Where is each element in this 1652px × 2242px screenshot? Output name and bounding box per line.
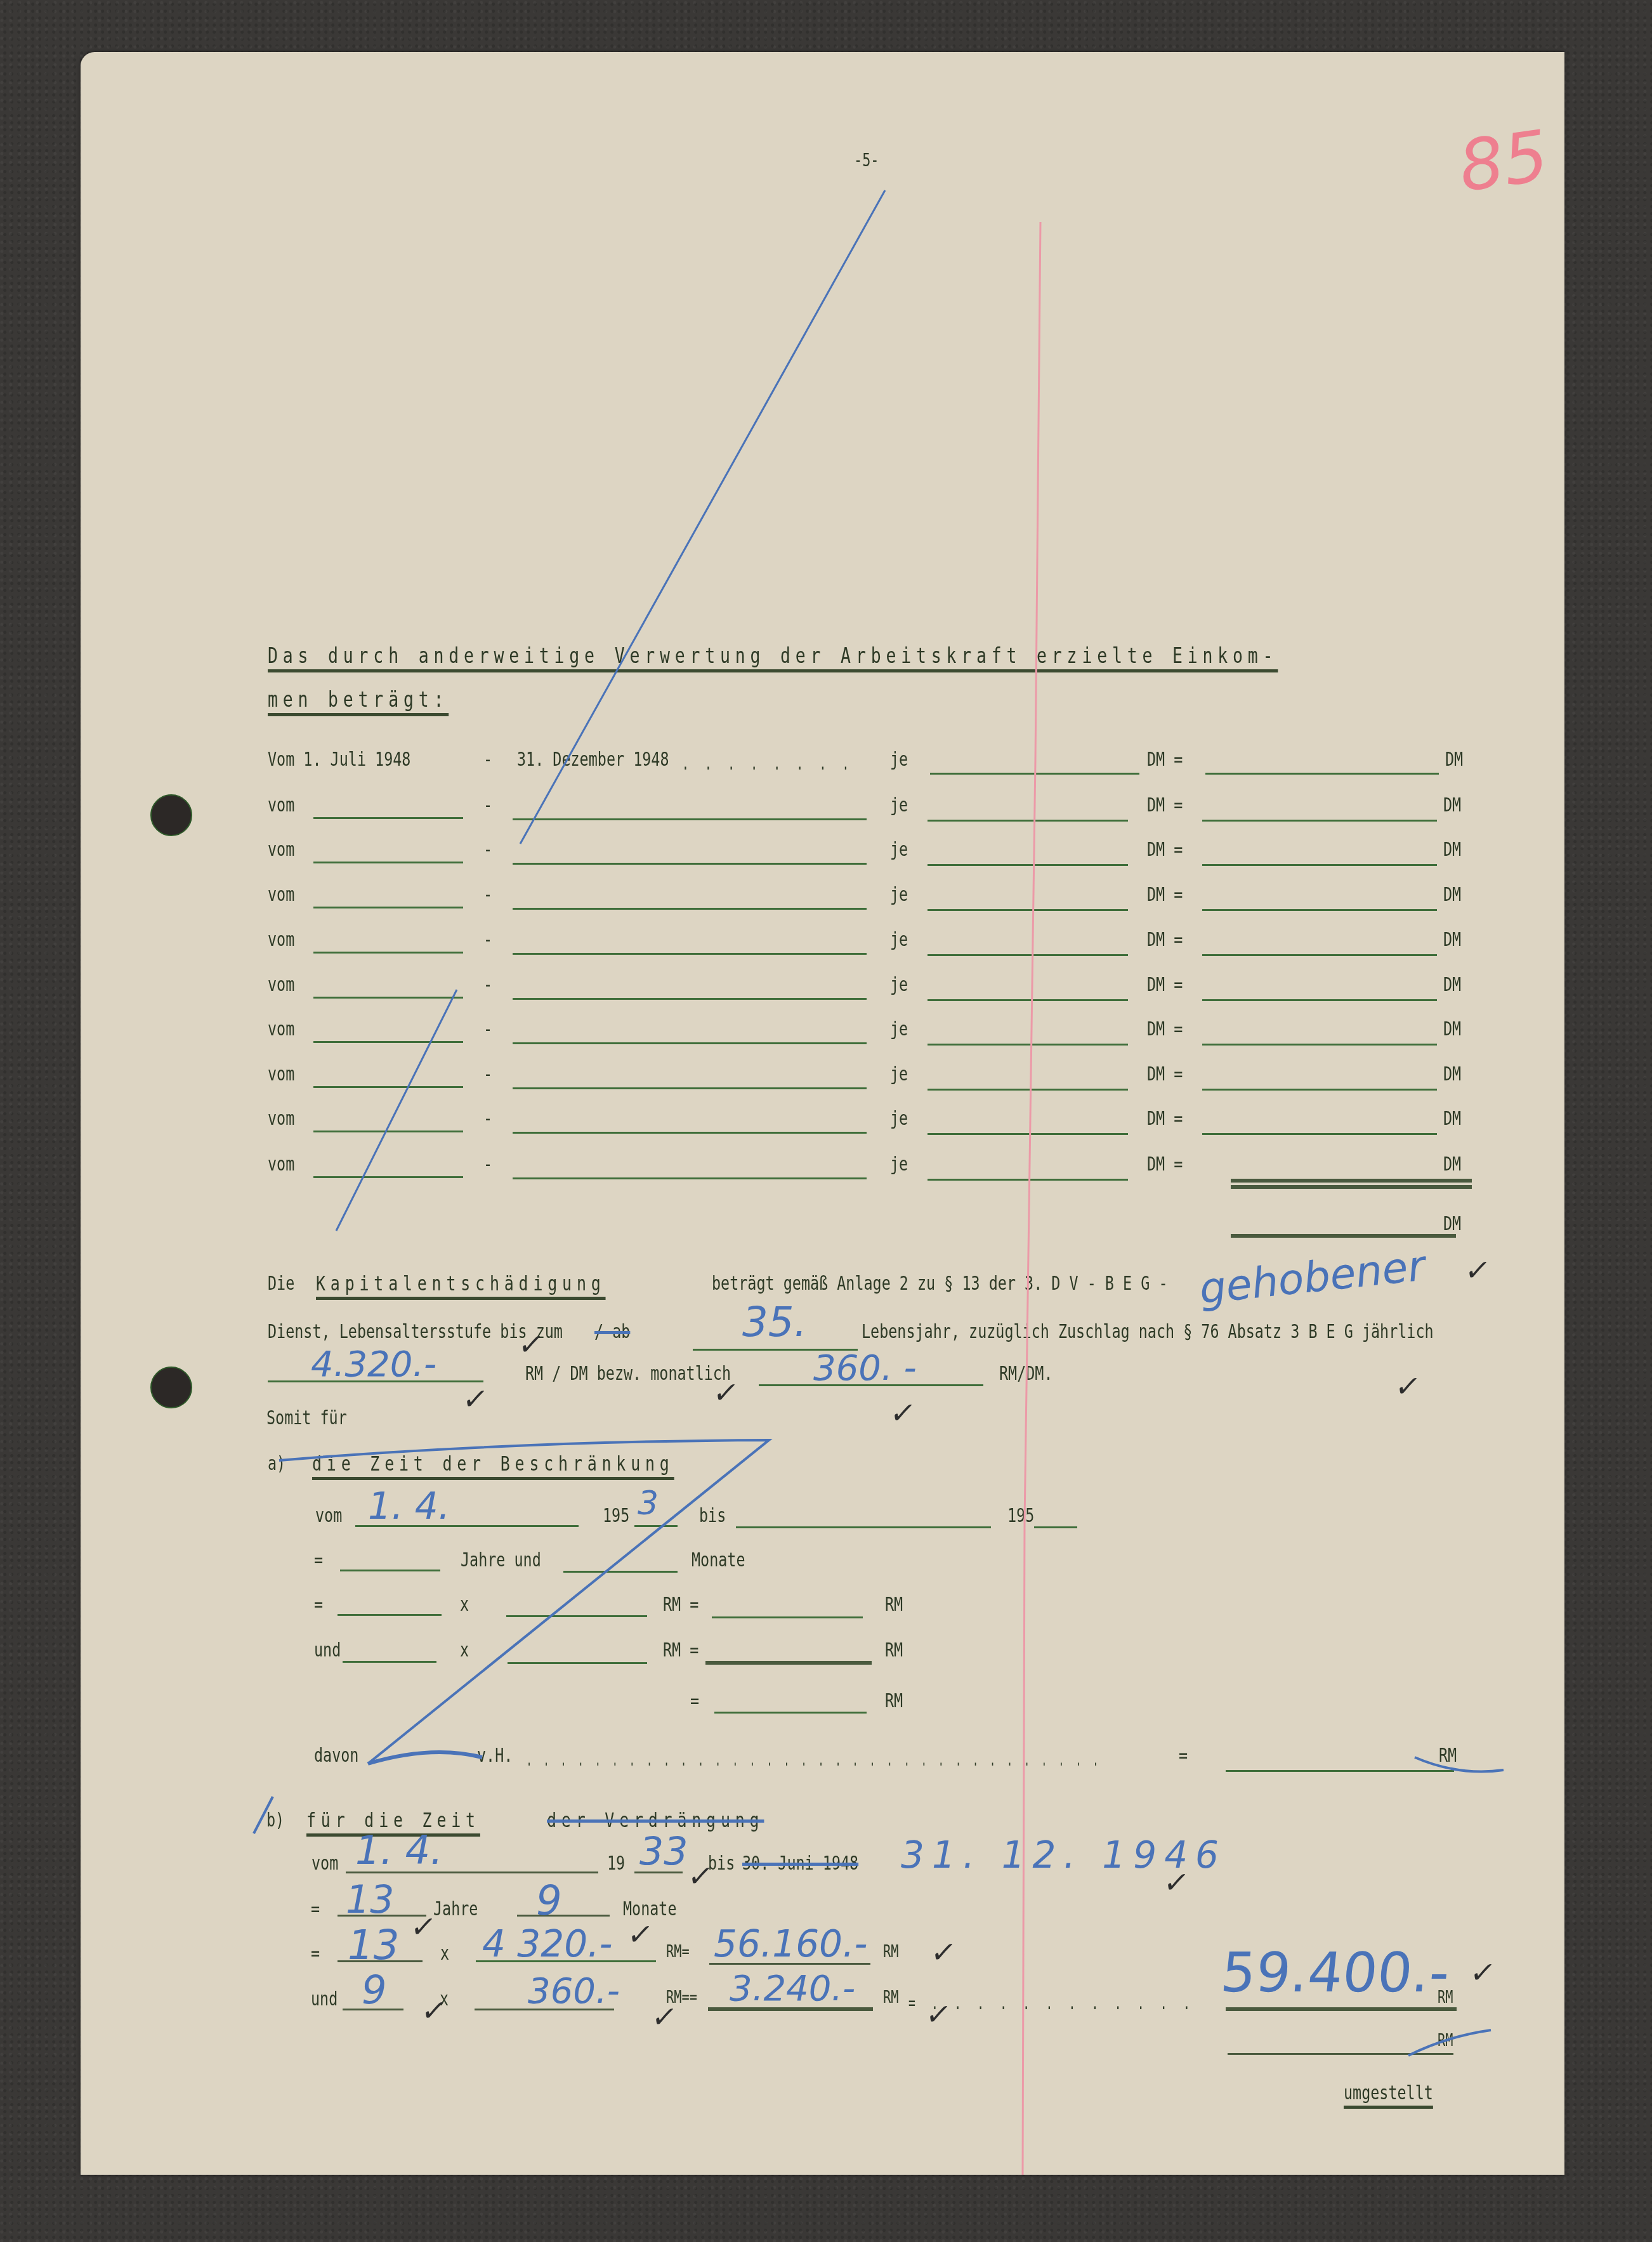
b-year-prefix: 19 xyxy=(607,1852,625,1875)
to-date-field[interactable] xyxy=(513,1087,867,1089)
amount-field[interactable] xyxy=(1202,909,1437,911)
je-label: je xyxy=(890,1063,908,1085)
dm-eq-label: DM = xyxy=(1147,1108,1183,1130)
b-bis-struck: 30. Juni 1948 xyxy=(742,1852,858,1875)
a-to-field[interactable] xyxy=(736,1526,991,1528)
je-label: je xyxy=(890,1018,908,1040)
from-date-field[interactable] xyxy=(313,1086,463,1088)
period-to: 31. Dezember 1948 xyxy=(517,749,669,771)
rate-field[interactable] xyxy=(928,954,1128,956)
vom-label: vom xyxy=(268,1018,294,1040)
dm-eq-label: DM = xyxy=(1147,794,1183,816)
dm-eq-label: DM = xyxy=(1147,1063,1183,1085)
a-vh: v.H. xyxy=(477,1745,513,1767)
from-date-field[interactable] xyxy=(313,1176,463,1178)
supplement-text: Lebensjahr, zuzüglich Zuschlag nach § 76… xyxy=(862,1321,1434,1343)
b-handwritten-months: 9 xyxy=(536,1878,562,1925)
rate-field[interactable] xyxy=(930,773,1139,775)
amount-field[interactable] xyxy=(1202,820,1437,822)
a-year-prefix2: 195 xyxy=(1007,1505,1034,1527)
vom-label: vom xyxy=(268,1108,294,1130)
je-label: je xyxy=(890,884,908,906)
b-total-field[interactable] xyxy=(1226,2007,1457,2011)
amount-field[interactable] xyxy=(1202,999,1437,1001)
dash-label: - xyxy=(483,839,492,861)
je-label: je xyxy=(890,794,908,816)
dm-eq-label: DM = xyxy=(1147,974,1183,996)
a-year-field[interactable] xyxy=(634,1525,678,1527)
annual-unit: RM / DM bezw. monatlich xyxy=(525,1363,731,1385)
a-calc2-rm-eq: RM = xyxy=(663,1639,698,1662)
rate-field[interactable] xyxy=(928,999,1128,1001)
to-date-field[interactable] xyxy=(513,1177,867,1179)
b-calc1-result: 56.160.- xyxy=(714,1922,867,1965)
period-dash: - xyxy=(483,749,492,771)
b-rm2: RM xyxy=(1438,2031,1453,2050)
vom-label: vom xyxy=(268,884,294,906)
period-from: Vom 1. Juli 1948 xyxy=(268,749,410,771)
je-label: je xyxy=(890,749,908,771)
b-calc1-x: x xyxy=(440,1943,449,1965)
a-final-field[interactable] xyxy=(1226,1770,1454,1772)
dash-label: - xyxy=(483,929,492,951)
from-date-field[interactable] xyxy=(313,997,463,999)
a-calc1-x: x xyxy=(460,1594,469,1616)
income-heading-line2: men beträgt: xyxy=(268,687,449,712)
dm-eq-label: DM = xyxy=(1147,1153,1183,1176)
struck-ab: / ab xyxy=(594,1321,630,1343)
dm-eq-label: DM = xyxy=(1147,749,1183,771)
vom-label: vom xyxy=(268,1063,294,1085)
dash-label: - xyxy=(483,1018,492,1040)
b-calc1-factor: 13 xyxy=(348,1922,399,1969)
section-b-label: b) xyxy=(266,1809,284,1832)
to-date-field[interactable] xyxy=(513,908,867,910)
rate-field[interactable] xyxy=(928,909,1128,911)
capital-keyword: Kapitalentschädigung xyxy=(316,1271,606,1295)
income-total-dm: DM xyxy=(1443,1213,1461,1235)
dm-eq-label: DM = xyxy=(1147,884,1183,906)
a-calc1-rm: RM xyxy=(885,1594,903,1616)
dm-label: DM xyxy=(1443,1018,1461,1040)
leader-dots: . . . . . . . . xyxy=(682,752,854,775)
amount-field[interactable] xyxy=(1202,1044,1437,1046)
archive-number-mark: 85 xyxy=(1454,115,1553,207)
je-label: je xyxy=(890,1108,908,1130)
handwritten-annual: 4.320.- xyxy=(311,1344,436,1385)
a-calc1-eq: = xyxy=(314,1594,323,1616)
rate-field[interactable] xyxy=(928,1089,1128,1091)
rate-field[interactable] xyxy=(928,1179,1128,1181)
b-calc2-rm: RM xyxy=(883,1988,898,2007)
je-label: je xyxy=(890,839,908,861)
dm-label: DM xyxy=(1443,1108,1461,1130)
dash-label: - xyxy=(483,794,492,816)
dm-label: DM xyxy=(1443,1063,1461,1085)
a-calc1-factor[interactable] xyxy=(338,1614,442,1616)
a-calc2-result[interactable] xyxy=(705,1661,872,1665)
a-year-prefix: 195 xyxy=(603,1505,629,1527)
vom-label: vom xyxy=(268,974,294,996)
a-percent-field[interactable] xyxy=(365,1765,441,1767)
b-total-rm: RM xyxy=(1438,1988,1453,2007)
a-calc2-rate[interactable] xyxy=(508,1662,647,1664)
to-date-field[interactable] xyxy=(513,953,867,955)
rate-field[interactable] xyxy=(928,1133,1128,1135)
a-months-field[interactable] xyxy=(563,1571,678,1573)
a-final-eq: = xyxy=(1179,1745,1188,1767)
to-date-field[interactable] xyxy=(513,863,867,865)
from-date-field[interactable] xyxy=(313,862,463,863)
b-calc2-rate: 360.- xyxy=(528,1970,620,2012)
amount-field[interactable] xyxy=(1205,773,1439,775)
amount-field[interactable] xyxy=(1202,954,1437,956)
to-date-field[interactable] xyxy=(513,998,867,1000)
age-step-label: Dienst, Lebensaltersstufe bis zum xyxy=(268,1321,563,1343)
a-years-field[interactable] xyxy=(340,1570,440,1571)
a-calc1-result[interactable] xyxy=(712,1616,863,1618)
from-date-field[interactable] xyxy=(313,1131,463,1132)
a-eq: = xyxy=(314,1549,323,1571)
amount-field[interactable] xyxy=(1202,1089,1437,1091)
page-number: -5- xyxy=(854,150,879,171)
vom-label: vom xyxy=(268,839,294,861)
to-date-field[interactable] xyxy=(513,1132,867,1134)
b-months-field[interactable] xyxy=(517,1915,610,1917)
b-eq: = xyxy=(311,1898,320,1920)
capital-prefix: Die xyxy=(268,1273,294,1295)
handwritten-age: 35. xyxy=(742,1299,807,1346)
a-sum-rm: RM xyxy=(885,1690,903,1712)
dash-label: - xyxy=(483,1108,492,1130)
section-a-title: die Zeit der Beschränkung xyxy=(312,1452,674,1476)
a-sum-eq: = xyxy=(690,1690,699,1712)
je-label: je xyxy=(890,1153,908,1176)
vom-label: vom xyxy=(268,1153,294,1176)
a-leader-dots: . . . . . . . . . . . . . . . . . . . . … xyxy=(527,1748,1101,1771)
from-date-field[interactable] xyxy=(313,907,463,908)
a-davon: davon xyxy=(314,1745,358,1767)
punch-hole-bottom xyxy=(150,1367,192,1408)
dm-label: DM xyxy=(1443,974,1461,996)
dash-label: - xyxy=(483,1063,492,1085)
b-calc2-result: 3.240.- xyxy=(730,1968,855,2009)
umgestellt-label: umgestellt xyxy=(1344,2082,1433,2104)
b-vom: vom xyxy=(311,1852,338,1875)
dm-eq-label: DM = xyxy=(1147,929,1183,951)
je-label: je xyxy=(890,974,908,996)
je-label: je xyxy=(890,929,908,951)
dm-label: DM xyxy=(1443,884,1461,906)
a-jahre-und: Jahre und xyxy=(461,1549,541,1571)
dm-eq-label: DM = xyxy=(1147,839,1183,861)
dm-label: DM xyxy=(1443,839,1461,861)
section-b-title-struck: der Verdrängung xyxy=(547,1808,764,1832)
a-year2-field[interactable] xyxy=(1034,1526,1077,1528)
b-handwritten-from: 1. 4. xyxy=(355,1827,443,1873)
capital-rule: beträgt gemäß Anlage 2 zu § 13 der 3. D … xyxy=(712,1273,1167,1295)
b-calc1-rm-eq: RM= xyxy=(666,1943,690,1962)
a-sum-field[interactable] xyxy=(714,1712,867,1714)
rate-field[interactable] xyxy=(928,820,1128,822)
dm-eq-label: DM = xyxy=(1147,1018,1183,1040)
a-calc2-rm: RM xyxy=(885,1639,903,1662)
punch-hole-top xyxy=(150,794,192,836)
rate-field[interactable] xyxy=(928,864,1128,866)
income-total-underline xyxy=(1231,1185,1472,1189)
a-calc1-rate[interactable] xyxy=(506,1615,647,1617)
amount-field[interactable] xyxy=(1202,864,1437,866)
to-date-field[interactable] xyxy=(513,818,867,820)
a-calc2-x: x xyxy=(460,1639,469,1662)
b-calc1-eq: = xyxy=(311,1943,320,1965)
section-a-label: a) xyxy=(268,1453,285,1475)
b-calc1-rm: RM xyxy=(883,1943,898,1962)
dash-label: - xyxy=(483,1153,492,1176)
vom-label: vom xyxy=(268,929,294,951)
a-handwritten-from: 1. 4. xyxy=(368,1485,450,1528)
income-heading-line1: Das durch anderweitige Verwertung der Ar… xyxy=(268,643,1278,669)
a-final-rm: RM xyxy=(1439,1745,1457,1767)
dash-label: - xyxy=(483,974,492,996)
b-calc2-und: und xyxy=(311,1988,338,2010)
a-calc1-rm-eq: RM = xyxy=(663,1594,698,1616)
a-vom: vom xyxy=(315,1505,342,1527)
b-rm2-field[interactable] xyxy=(1228,2053,1453,2055)
rate-field[interactable] xyxy=(928,1044,1128,1046)
b-calc2-factor: 9 xyxy=(362,1967,386,2013)
amount-field[interactable] xyxy=(1202,1133,1437,1135)
dm-label: DM xyxy=(1443,929,1461,951)
b-handwritten-total: 59.400.- xyxy=(1218,1941,1453,2005)
from-date-field[interactable] xyxy=(313,952,463,954)
from-date-field[interactable] xyxy=(313,817,463,819)
dm-label: DM xyxy=(1445,749,1463,771)
vom-label: vom xyxy=(268,794,294,816)
b-handwritten-year: 33 xyxy=(639,1830,688,1874)
handwritten-monthly: 360. - xyxy=(813,1347,917,1389)
from-date-field[interactable] xyxy=(313,1041,463,1043)
a-monate: Monate xyxy=(692,1549,745,1571)
a-handwritten-year: 3 xyxy=(638,1485,659,1523)
a-calc2-factor[interactable] xyxy=(343,1661,436,1663)
b-calc1-rate: 4 320.- xyxy=(482,1922,612,1965)
amount-field[interactable] xyxy=(1231,1179,1472,1183)
b-handwritten-years: 13 xyxy=(346,1878,394,1922)
income-total-field[interactable] xyxy=(1231,1234,1456,1238)
to-date-field[interactable] xyxy=(513,1042,867,1044)
dm-label: DM xyxy=(1443,794,1461,816)
monthly-unit: RM/DM. xyxy=(999,1363,1053,1385)
dash-label: - xyxy=(483,884,492,906)
a-bis: bis xyxy=(699,1505,726,1527)
a-calc2-und: und xyxy=(314,1639,341,1662)
b-jahre: Jahre xyxy=(433,1898,478,1920)
dm-label: DM xyxy=(1443,1153,1461,1176)
summary-label: Somit für xyxy=(266,1407,347,1429)
